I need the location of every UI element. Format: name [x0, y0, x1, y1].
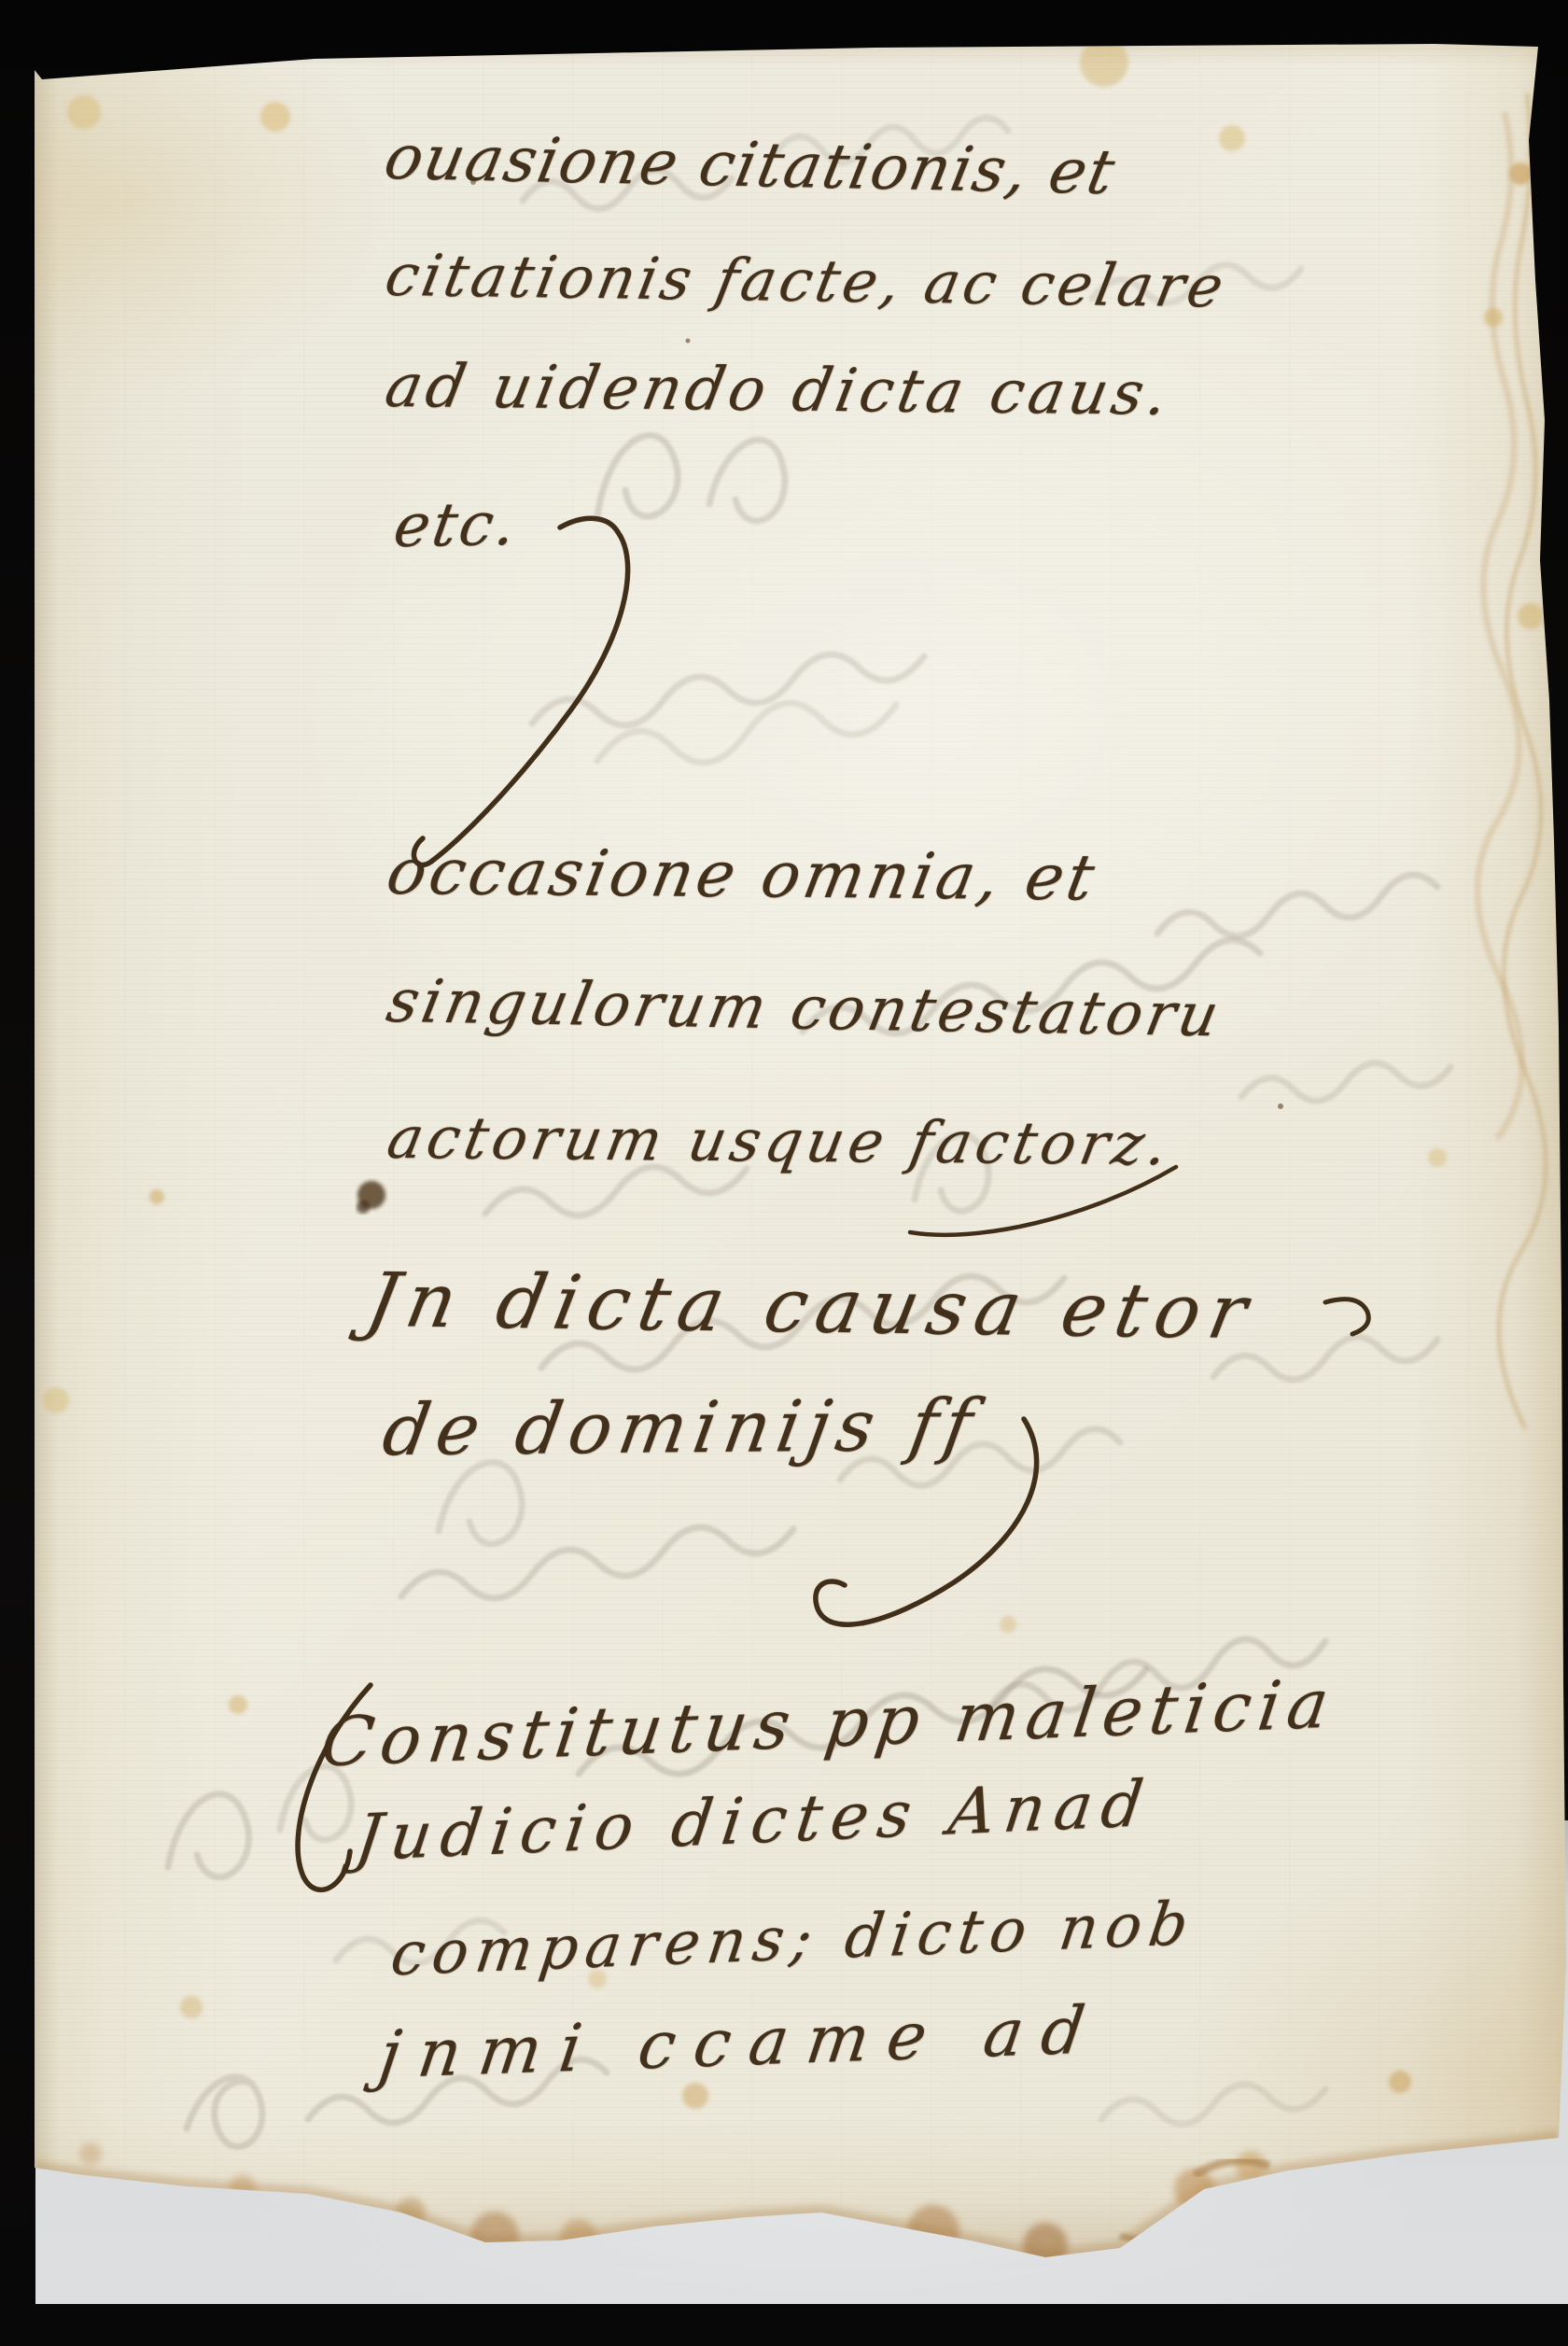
- flourish-constitutus-c: [298, 1685, 371, 1889]
- flourish-factorz-tail: [910, 1167, 1176, 1235]
- flourish-after-dominijs: [816, 1419, 1037, 1624]
- pen-flourishes: [35, 42, 1568, 2264]
- photo-frame: ouasione citationis, et citationis facte…: [0, 0, 1568, 2346]
- flourish-causa-tail: [1325, 1299, 1368, 1334]
- flourish-after-etc: [413, 518, 627, 864]
- manuscript-page: ouasione citationis, et citationis facte…: [35, 42, 1568, 2264]
